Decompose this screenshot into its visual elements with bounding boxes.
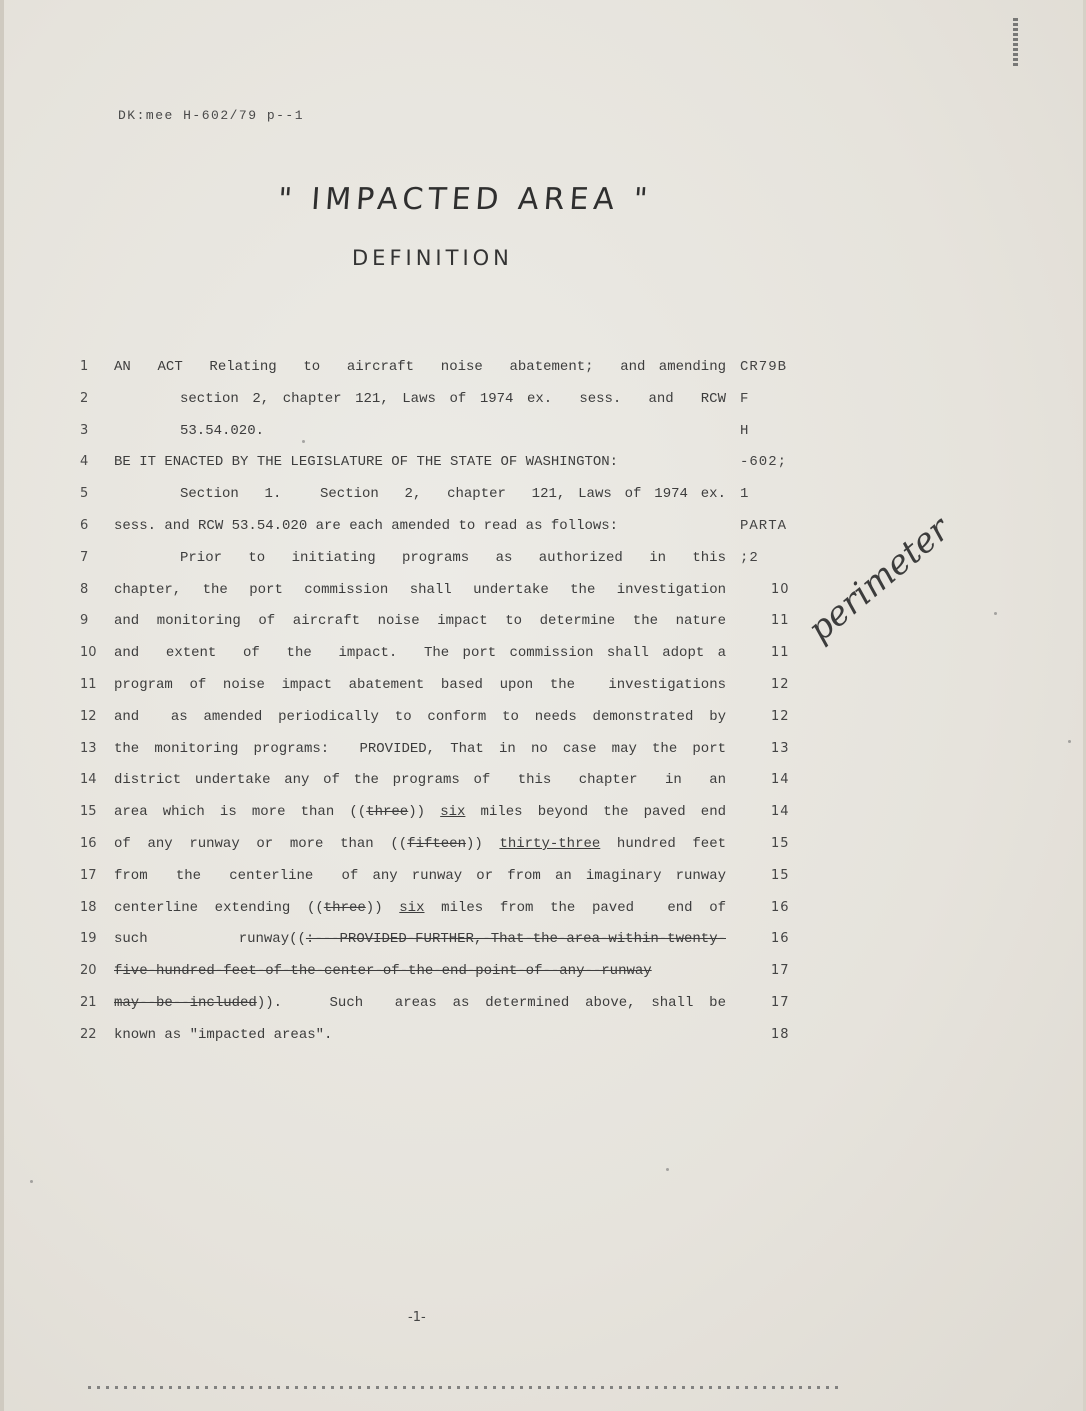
line-number: 21	[80, 991, 100, 1015]
bill-line: 13the monitoring programs: PROVIDED, Tha…	[0, 737, 1086, 761]
line-number: 14	[80, 768, 100, 792]
bill-line: 21may--be--included)). Such areas as det…	[0, 991, 1086, 1015]
bill-line: 353.54.020.H	[0, 419, 1086, 443]
margin-code: 14	[771, 768, 790, 792]
line-text: area which is more than ((three)) six mi…	[114, 800, 726, 824]
paper-speck	[1068, 740, 1071, 743]
line-text: five-hundred-feet-of-the-center-of-the-e…	[114, 959, 726, 983]
margin-code: 15	[771, 832, 790, 856]
text-segment: ))	[366, 900, 399, 916]
bill-line: 17from the centerline of any runway or f…	[0, 864, 1086, 888]
margin-code: F	[740, 387, 749, 411]
text-segment: area which is more than ((	[114, 804, 366, 820]
line-text: sess. and RCW 53.54.020 are each amended…	[114, 514, 726, 538]
bill-line: 20five-hundred-feet-of-the-center-of-the…	[0, 959, 1086, 983]
line-number: 4	[80, 450, 100, 474]
bill-line: 2section 2, chapter 121, Laws of 1974 ex…	[0, 387, 1086, 411]
line-text: and extent of the impact. The port commi…	[114, 641, 726, 665]
line-text: of any runway or more than ((fifteen)) t…	[114, 832, 726, 856]
margin-code: 13	[771, 737, 790, 761]
line-number: 11	[80, 673, 100, 697]
line-text: centerline extending ((three)) six miles…	[114, 896, 726, 920]
margin-code: 12	[771, 673, 790, 697]
margin-code: H	[740, 419, 749, 443]
inserted-text: thirty-three	[499, 836, 600, 852]
line-number: 2	[80, 387, 100, 411]
text-segment: ))	[408, 804, 440, 820]
bill-line: 12and as amended periodically to conform…	[0, 705, 1086, 729]
line-number: 10	[80, 641, 100, 665]
text-segment: centerline extending ((	[114, 900, 324, 916]
line-number: 20	[80, 959, 100, 983]
margin-code: 16	[771, 896, 790, 920]
line-text: BE IT ENACTED BY THE LEGISLATURE OF THE …	[114, 450, 726, 474]
deleted-text: fifteen	[407, 836, 466, 852]
corner-staple-mark	[1013, 18, 1018, 68]
text-segment: ))	[466, 836, 499, 852]
line-text: such runway((:---PROVIDED-FURTHER,-That-…	[114, 927, 726, 951]
margin-code: 17	[771, 959, 790, 983]
bill-line: 10and extent of the impact. The port com…	[0, 641, 1086, 665]
perforation-line	[88, 1386, 840, 1389]
line-text: program of noise impact abatement based …	[114, 673, 726, 697]
line-number: 9	[80, 609, 100, 633]
document-reference-code: DK:mee H-602/79 p--1	[118, 108, 304, 123]
line-number: 7	[80, 546, 100, 570]
document-page: DK:mee H-602/79 p--1 " IMPACTED AREA " D…	[0, 0, 1086, 1411]
bill-line: 16of any runway or more than ((fifteen))…	[0, 832, 1086, 856]
line-text: and as amended periodically to conform t…	[114, 705, 726, 729]
line-text: district undertake any of the programs o…	[114, 768, 726, 792]
margin-code: 11	[771, 641, 790, 665]
line-number: 13	[80, 737, 100, 761]
line-text: Prior to initiating programs as authoriz…	[180, 546, 726, 570]
bill-line: 18centerline extending ((three)) six mil…	[0, 896, 1086, 920]
handwritten-subtitle: DEFINITION	[352, 246, 513, 270]
line-text: may--be--included)). Such areas as deter…	[114, 991, 726, 1015]
deleted-text: may--be--included	[114, 995, 257, 1011]
line-text: the monitoring programs: PROVIDED, That …	[114, 737, 726, 761]
line-number: 17	[80, 864, 100, 888]
text-segment: miles from the paved end of	[425, 900, 727, 916]
margin-code: 15	[771, 864, 790, 888]
bill-line: 1AN ACT Relating to aircraft noise abate…	[0, 355, 1086, 379]
line-text: chapter, the port commission shall under…	[114, 578, 726, 602]
margin-code: 11	[771, 609, 790, 633]
text-segment: )). Such areas as determined above, shal…	[257, 995, 726, 1011]
margin-code: -602;	[740, 450, 787, 474]
text-segment: hundred feet	[600, 836, 726, 852]
line-number: 16	[80, 832, 100, 856]
line-number: 5	[80, 482, 100, 506]
line-text: AN ACT Relating to aircraft noise abatem…	[114, 355, 726, 379]
inserted-text: six	[440, 804, 465, 820]
paper-speck	[666, 1168, 669, 1171]
margin-code: CR79B	[740, 355, 787, 379]
margin-code: 1	[740, 482, 749, 506]
line-number: 1	[80, 355, 100, 379]
bill-line: 4BE IT ENACTED BY THE LEGISLATURE OF THE…	[0, 450, 1086, 474]
line-text: 53.54.020.	[180, 419, 726, 443]
line-number: 22	[80, 1023, 100, 1047]
line-text: section 2, chapter 121, Laws of 1974 ex.…	[180, 387, 726, 411]
deleted-text: three	[366, 804, 408, 820]
bill-line: 15area which is more than ((three)) six …	[0, 800, 1086, 824]
margin-code: ;2	[740, 546, 759, 570]
text-segment: miles beyond the paved end	[465, 804, 726, 820]
paper-speck	[30, 1180, 33, 1183]
line-number: 18	[80, 896, 100, 920]
bill-line: 8chapter, the port commission shall unde…	[0, 578, 1086, 602]
paper-speck	[302, 440, 305, 443]
inserted-text: six	[399, 900, 424, 916]
line-text: Section 1. Section 2, chapter 121, Laws …	[180, 482, 726, 506]
margin-code: 12	[771, 705, 790, 729]
margin-code: 18	[771, 1023, 790, 1047]
line-number: 15	[80, 800, 100, 824]
margin-code: 10	[771, 578, 790, 602]
line-text: from the centerline of any runway or fro…	[114, 864, 726, 888]
page-number: -1-	[408, 1310, 426, 1325]
line-text: known as "impacted areas".	[114, 1023, 726, 1047]
bill-line: 5Section 1. Section 2, chapter 121, Laws…	[0, 482, 1086, 506]
deleted-text: five-hundred-feet-of-the-center-of-the-e…	[114, 963, 652, 979]
bill-line: 14district undertake any of the programs…	[0, 768, 1086, 792]
margin-code: 16	[771, 927, 790, 951]
handwritten-title: " IMPACTED AREA "	[277, 182, 654, 217]
line-number: 12	[80, 705, 100, 729]
bill-line: 22known as "impacted areas".18	[0, 1023, 1086, 1047]
line-number: 8	[80, 578, 100, 602]
bill-line: 9and monitoring of aircraft noise impact…	[0, 609, 1086, 633]
line-number: 19	[80, 927, 100, 951]
deleted-text: :---PROVIDED-FURTHER,-That-the-area-with…	[306, 931, 726, 947]
text-segment: such runway((	[114, 931, 306, 947]
margin-code: 14	[771, 800, 790, 824]
bill-line: 11program of noise impact abatement base…	[0, 673, 1086, 697]
paper-speck	[994, 612, 997, 615]
text-segment: of any runway or more than ((	[114, 836, 407, 852]
margin-code: PARTA	[740, 514, 787, 538]
deleted-text: three	[324, 900, 366, 916]
margin-code: 17	[771, 991, 790, 1015]
bill-line: 19such runway((:---PROVIDED-FURTHER,-Tha…	[0, 927, 1086, 951]
line-text: and monitoring of aircraft noise impact …	[114, 609, 726, 633]
line-number: 6	[80, 514, 100, 538]
line-number: 3	[80, 419, 100, 443]
